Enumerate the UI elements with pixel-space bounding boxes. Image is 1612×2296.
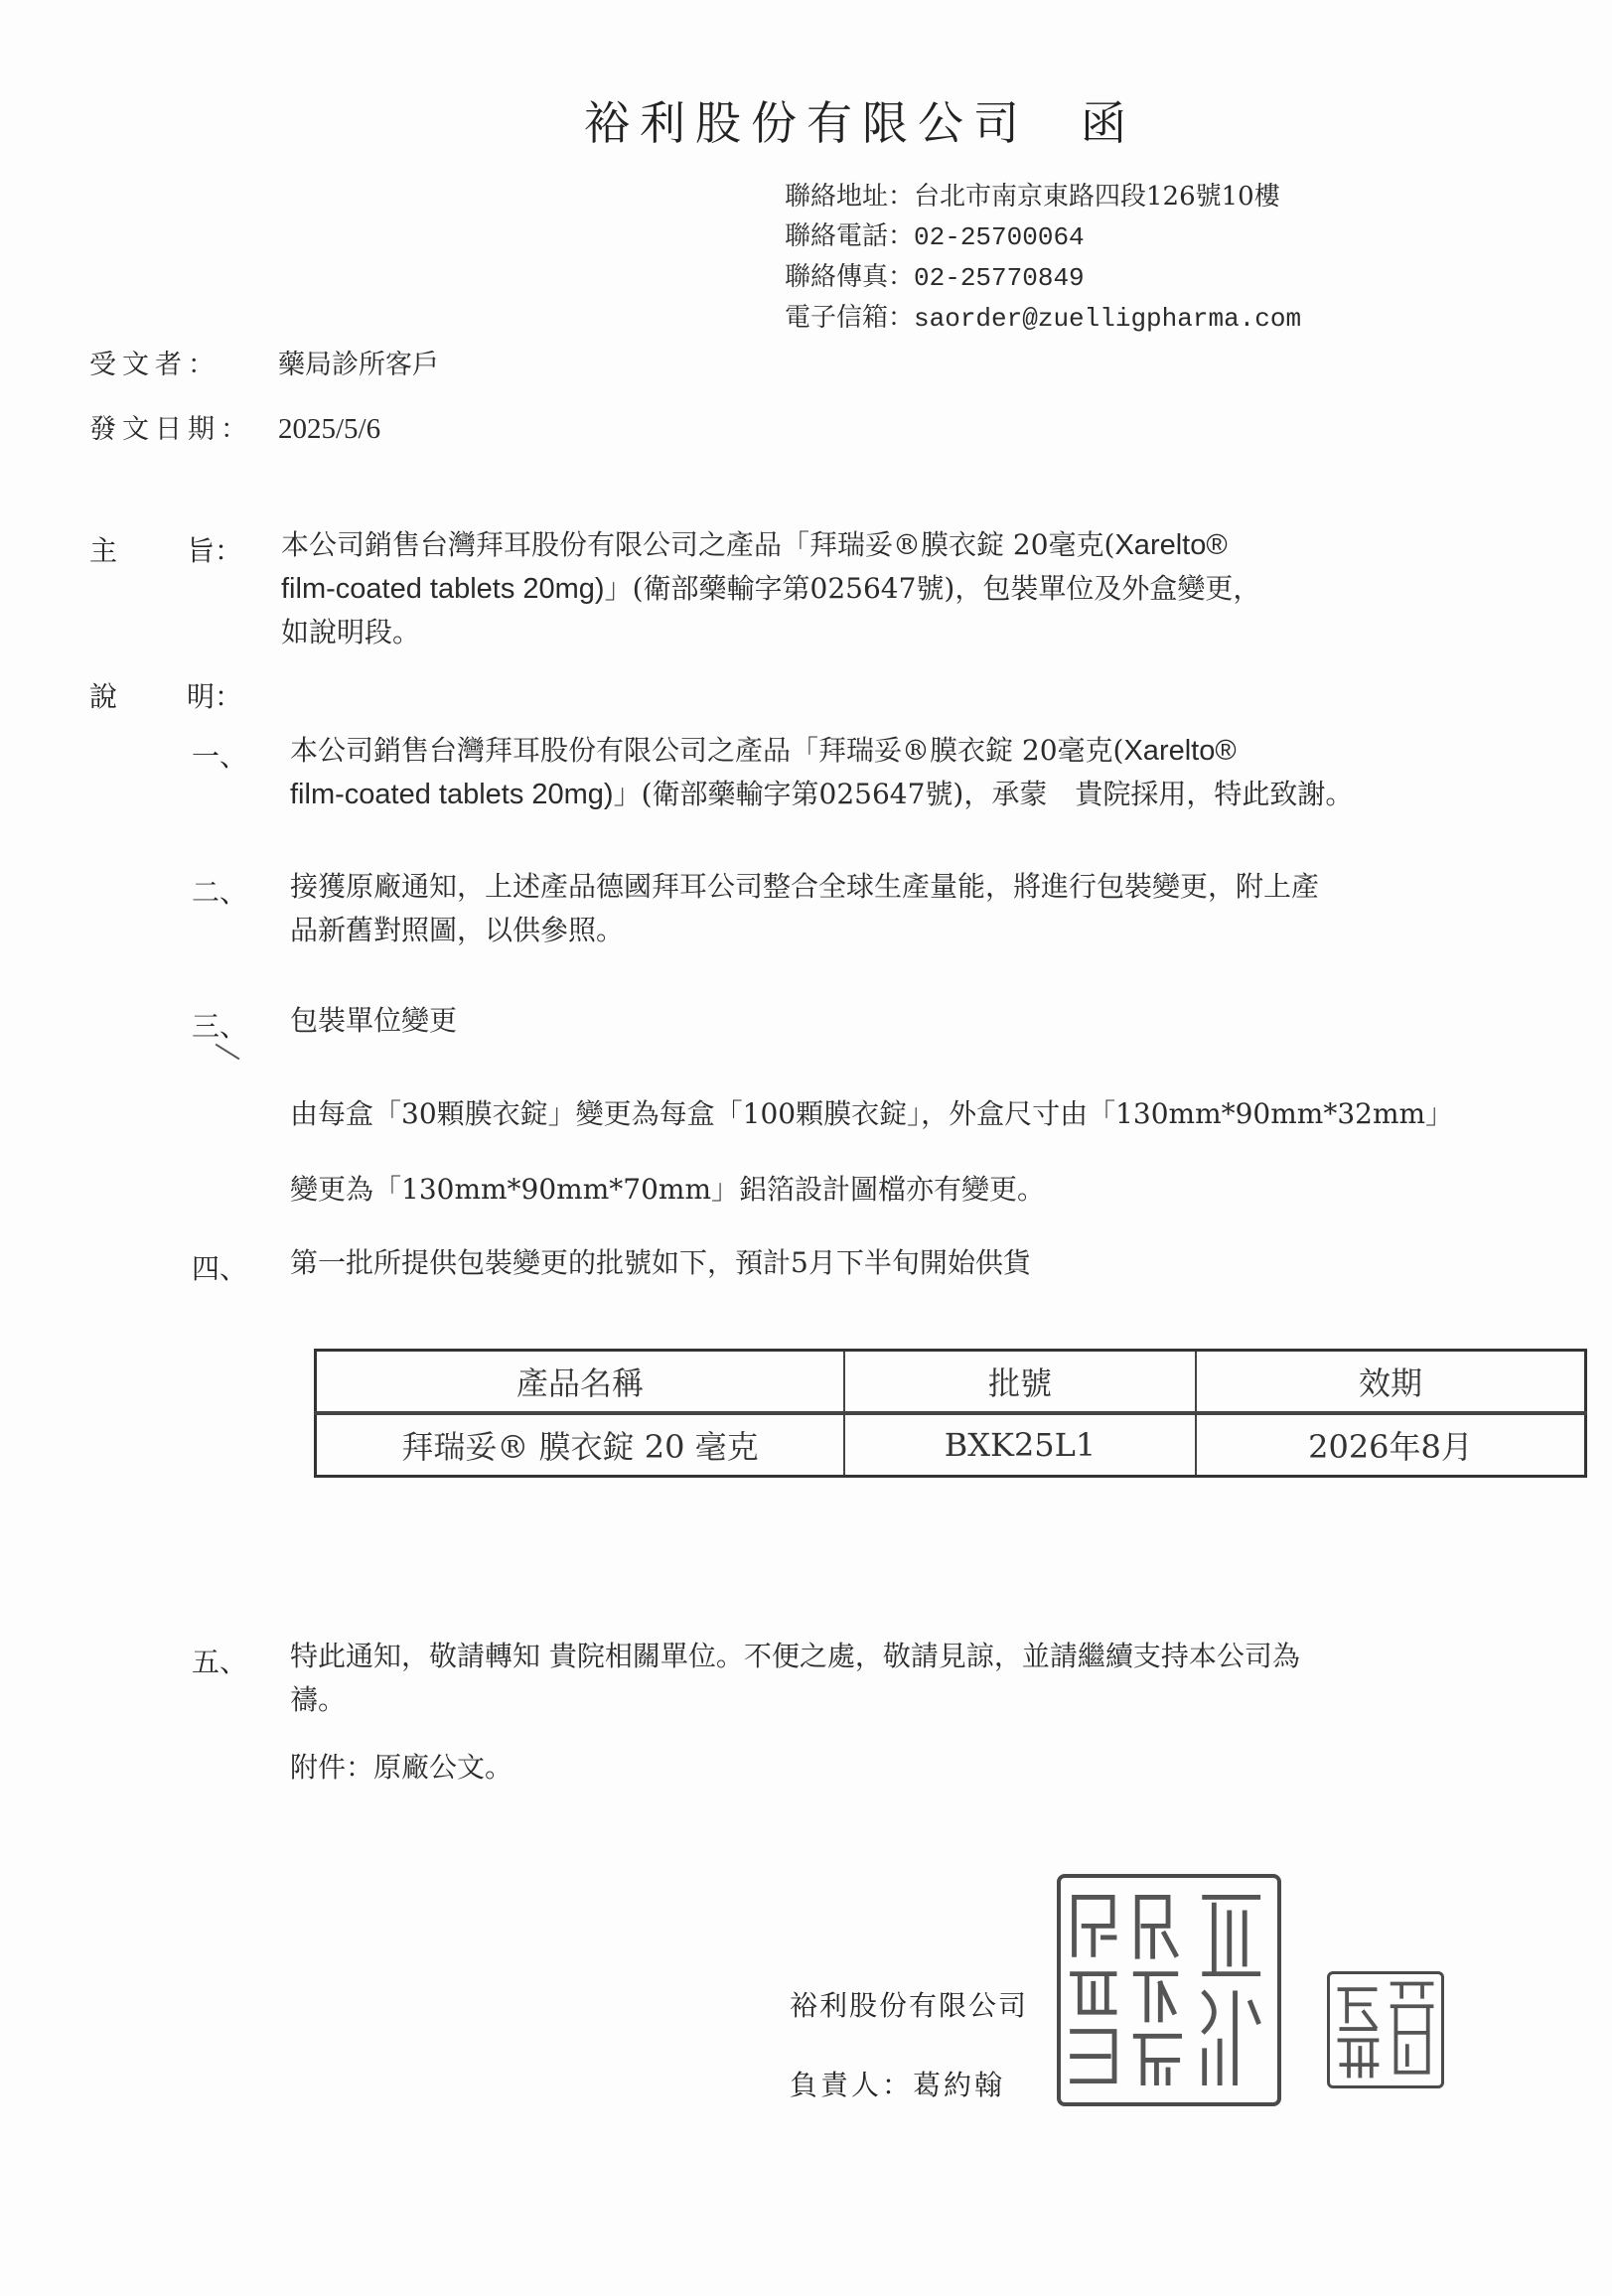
cell-expiry: 2026年8月	[1196, 1413, 1586, 1477]
contact-fax: 聯絡傳真：02-25770849	[785, 257, 1301, 298]
contact-block: 聯絡地址：台北市南京東路四段126號10樓 聯絡電話：02-25700064 聯…	[785, 177, 1301, 339]
subject-line-3: 如說明段。	[281, 611, 1403, 654]
subject-line-1: 本公司銷售台灣拜耳股份有限公司之產品「拜瑞妥®膜衣錠 20毫克(Xarelto®	[281, 523, 1403, 567]
personal-seal-icon	[1327, 1971, 1444, 2088]
item-number-5: 五、	[192, 1641, 247, 1680]
item-5-body: 特此通知，敬請轉知 貴院相關單位。不便之處，敬請見諒，並請繼續支持本公司為 禱。	[290, 1635, 1532, 1722]
item-number-1: 一、	[192, 735, 247, 775]
item-1-body: 本公司銷售台灣拜耳股份有限公司之產品「拜瑞妥®膜衣錠 20毫克(Xarelto®…	[290, 729, 1532, 816]
item-3-detail-1: 由每盒「30顆膜衣錠」變更為每盒「100顆膜衣錠」，外盒尺寸由「130mm*90…	[290, 1092, 1581, 1136]
item-2-body: 接獲原廠通知，上述產品德國拜耳公司整合全球生產量能，將進行包裝變更，附上產 品新…	[290, 865, 1532, 952]
subject-line-2: film-coated tablets 20mg)」(衛部藥輸字第025647號…	[281, 567, 1403, 611]
item-3-detail-2: 變更為「130mm*90mm*70mm」鋁箔設計圖檔亦有變更。	[290, 1168, 1532, 1212]
company-seal-icon	[1057, 1874, 1281, 2106]
date-label: 發文日期：	[89, 407, 278, 446]
date-row: 發文日期：2025/5/6	[89, 407, 380, 446]
subject-body: 本公司銷售台灣拜耳股份有限公司之產品「拜瑞妥®膜衣錠 20毫克(Xarelto®…	[281, 523, 1403, 654]
document-type: 函	[1081, 96, 1136, 150]
col-batch-number: 批號	[844, 1351, 1196, 1414]
contact-email: 電子信箱：saorder@zuelligpharma.com	[785, 298, 1301, 339]
company-name: 裕利股份有限公司	[584, 96, 1029, 150]
col-product-name: 產品名稱	[316, 1351, 845, 1414]
item-4-body: 第一批所提供包裝變更的批號如下，預計5月下半旬開始供貨	[290, 1241, 1532, 1285]
contact-phone: 聯絡電話：02-25700064	[785, 216, 1301, 257]
date-value: 2025/5/6	[278, 413, 380, 445]
item-number-2: 二、	[192, 871, 247, 911]
scan-artifact	[216, 1044, 240, 1061]
item-3-title: 包裝單位變更	[290, 999, 1532, 1043]
letter-title: 裕利股份有限公司函	[584, 87, 1136, 153]
table-header-row: 產品名稱 批號 效期	[316, 1351, 1586, 1414]
batch-table: 產品名稱 批號 效期 拜瑞妥® 膜衣錠 20 毫克 BXK25L1 2026年8…	[314, 1349, 1587, 1478]
signature-person: 負責人：葛約翰	[790, 2064, 1005, 2103]
contact-address: 聯絡地址：台北市南京東路四段126號10樓	[785, 177, 1301, 216]
attachment-note: 附件：原廠公文。	[290, 1746, 1532, 1790]
col-expiry: 效期	[1196, 1351, 1586, 1414]
recipient-row: 受文者：藥局診所客戶	[89, 343, 439, 381]
recipient-value: 藥局診所客戶	[278, 350, 439, 380]
cell-batch-number: BXK25L1	[844, 1413, 1196, 1477]
cell-product-name: 拜瑞妥® 膜衣錠 20 毫克	[316, 1413, 845, 1477]
recipient-label: 受文者：	[89, 343, 278, 381]
item-number-4: 四、	[192, 1247, 247, 1287]
signature-company: 裕利股份有限公司	[790, 1984, 1028, 2024]
table-row: 拜瑞妥® 膜衣錠 20 毫克 BXK25L1 2026年8月	[316, 1413, 1586, 1477]
item-number-3: 三、	[192, 1005, 247, 1045]
